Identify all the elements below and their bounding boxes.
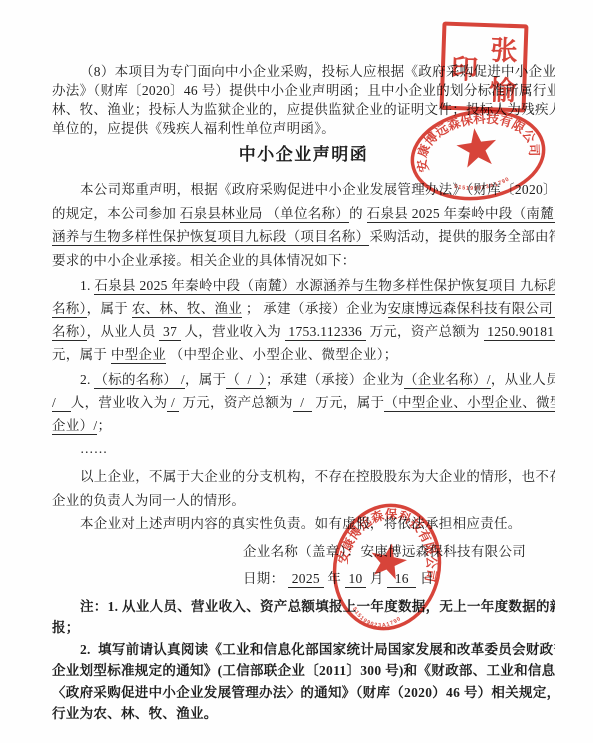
name-seal-char-zhang: 张 <box>490 28 518 68</box>
text-line: 名称），属于 农、林、牧、渔业 ； 承建（承接）企业为安康博远森保科技有限公司（… <box>52 297 555 320</box>
text-run: 本企业对上述声明内容的真实性负责。如有虚假，将依法承担相应责任。 <box>80 516 522 531</box>
name-seal-right-column: 张 愉 <box>483 27 525 108</box>
text-run: 万元，属于 <box>312 395 385 410</box>
filled-in-value: 2025 <box>288 571 324 588</box>
text-line: 行业为农、林、牧、渔业。 <box>52 703 555 725</box>
filled-in-value: / <box>52 395 71 412</box>
text-run: 万元，资产总额为 <box>179 395 293 410</box>
filled-in-value: 中型企业 <box>111 347 166 364</box>
text-line: 2. （标的名称） /，属于（ / ）；承建（承接）企业为（企业名称）/，从业人… <box>52 368 555 391</box>
notes-block: 注：1. 从业人员、营业收入、资产总额填报上一年度数据，无上一年度数据的新成立企… <box>52 596 555 725</box>
filled-in-value: 石泉县林业局 （单位名称） <box>180 206 349 223</box>
text-run: ；承建（承接）企业为 <box>266 372 404 387</box>
text-run: ； <box>97 418 111 433</box>
text-run: 企业的负责人为同一人的情形。 <box>52 493 245 508</box>
text-line: 本企业对上述声明内容的真实性负责。如有虚假，将依法承担相应责任。 <box>52 512 555 536</box>
text-run: 2. <box>80 372 94 387</box>
company-seal-lower: 安康博远森保科技有限公司 515199023A1790 <box>327 499 447 635</box>
text-run: …… <box>80 441 108 456</box>
text-line: 元，属于 中型企业 （中型企业、小型企业、微型企业）； <box>52 343 555 366</box>
item-1: 1. 石泉县 2025 年秦岭中段（南麓）水源涵养与生物多样性保护恢复项目 九标… <box>52 274 555 366</box>
filled-in-value: 安康博远森保科技有限公司（企业 <box>388 301 556 318</box>
filled-in-value: / <box>293 395 312 412</box>
text-line: 2. 填写前请认真阅读《工业和信息化部国家统计局国家发展和改革委员会财政部关于印… <box>52 639 555 661</box>
text-line: 企业划型标准规定的通知》(工信部联企业〔2011〕300 号)和《财政部、工业和… <box>52 660 555 682</box>
text-run: 元，属于 <box>52 347 111 362</box>
text-run: ，从业人员 <box>87 324 160 339</box>
filled-in-value: 37 <box>159 324 180 341</box>
filled-in-value: 名称） <box>52 301 87 318</box>
text-run: 行业为农、林、牧、渔业。 <box>52 706 218 721</box>
filled-in-value: （ / ） <box>226 372 266 389</box>
filled-in-value: 企业）/ <box>52 418 97 435</box>
filled-in-value: 涵养与生物多样性保护恢复项目九标段（项目名称） <box>52 229 369 246</box>
filled-in-value: 农、林、牧、渔业 <box>132 301 242 318</box>
text-run: 中小企业声明函 <box>239 145 369 164</box>
filled-in-value: 1250.901811 <box>484 324 555 341</box>
filled-in-value: （标的名称） / <box>94 372 185 389</box>
text-run: 人，营业收入为 <box>71 395 168 410</box>
text-line: 〈政府采购促进中小企业发展管理办法〉的通知》（财库（2020）46 号）相关规定… <box>52 682 555 704</box>
text-run: ，属于 <box>87 301 132 316</box>
text-run: 单位的，应提供《残疾人福利性单位声明函》。 <box>52 121 335 136</box>
filled-in-value: （中型企业、小型企业、微型 <box>384 395 555 412</box>
star-icon <box>454 125 499 168</box>
text-line: 注：1. 从业人员、营业收入、资产总额填报上一年度数据，无上一年度数据的新成立企… <box>52 596 555 618</box>
text-line: / 人，营业收入为 / 万元，资产总额为 / 万元，属于（中型企业、小型企业、微… <box>52 391 555 414</box>
text-run: ，属于 <box>185 372 226 387</box>
text-line: 企业）/； <box>52 414 555 437</box>
name-seal-char-yin: 印 <box>444 26 486 107</box>
filled-in-value: 石泉县 2025 年秦岭中段（南麓）水源涵养与生物多样性保护恢复项目 九标段（标… <box>94 278 555 295</box>
text-run: 的规定，本公司参加 <box>52 206 180 221</box>
text-line: 要求的中小企业承接。相关企业的具体情况如下： <box>52 249 555 273</box>
text-run: 人，营业收入为 <box>181 324 285 339</box>
text-run: 〈政府采购促进中小企业发展管理办法〉的通知》（财库（2020）46 号）相关规定… <box>52 685 555 700</box>
filled-in-value: 1753.112336 <box>285 324 366 341</box>
text-run: 要求的中小企业承接。相关企业的具体情况如下： <box>52 253 356 268</box>
text-run: 企业划型标准规定的通知》(工信部联企业〔2011〕300 号)和《财政部、工业和… <box>52 663 555 678</box>
text-line: 企业的负责人为同一人的情形。 <box>52 489 555 513</box>
text-run: 1. <box>80 278 94 293</box>
text-run: 以上企业，不属于大企业的分支机构，不存在控股股东为大企业的情形，也不存在与大 <box>80 469 555 484</box>
company-seal-upper: 安康博远森保科技有限公司 515199023A1790 <box>398 100 558 210</box>
filled-in-value: / <box>167 395 178 412</box>
closing-paragraph: 以上企业，不属于大企业的分支机构，不存在控股股东为大企业的情形，也不存在与大企业… <box>52 465 555 536</box>
item-2: 2. （标的名称） /，属于（ / ）；承建（承接）企业为（企业名称）/，从业人… <box>52 368 555 460</box>
text-run: 2. 填写前请认真阅读《工业和信息化部国家统计局国家发展和改革委员会财政部关于印… <box>80 642 555 657</box>
text-line: 涵养与生物多样性保护恢复项目九标段（项目名称）采购活动，提供的服务全部由符合政策 <box>52 225 555 249</box>
star-icon <box>367 540 410 581</box>
filled-in-value: （企业名称）/ <box>404 372 491 389</box>
text-line: …… <box>52 437 555 460</box>
text-line: 以上企业，不属于大企业的分支机构，不存在控股股东为大企业的情形，也不存在与大 <box>52 465 555 489</box>
text-run: ； 承建（承接）企业为 <box>242 301 387 316</box>
text-run: 报； <box>52 620 80 635</box>
text-run: 的 <box>349 206 366 221</box>
text-run: 万元，资产总额为 <box>366 324 484 339</box>
text-line: 报； <box>52 617 555 639</box>
text-run: （中型企业、小型企业、微型企业）； <box>166 347 398 362</box>
text-line: 名称），从业人员 37 人，营业收入为 1753.112336 万元，资产总额为… <box>52 320 555 343</box>
filled-in-value: 名称） <box>52 324 87 341</box>
text-run: 采购活动，提供的服务全部由符合政策 <box>369 229 555 244</box>
scanned-document-page: （8）本项目为专门面向中小企业采购，投标人应根据《政府采购促进中小企业发展管理办… <box>0 0 593 743</box>
text-run: 注：1. 从业人员、营业收入、资产总额填报上一年度数据，无上一年度数据的新成立企… <box>80 599 555 614</box>
text-run: ，从业人员 <box>491 372 555 387</box>
text-line: 1. 石泉县 2025 年秦岭中段（南麓）水源涵养与生物多样性保护恢复项目 九标… <box>52 274 555 297</box>
personal-name-seal: 印 张 愉 <box>439 22 528 113</box>
text-run: 日期： <box>243 571 288 586</box>
